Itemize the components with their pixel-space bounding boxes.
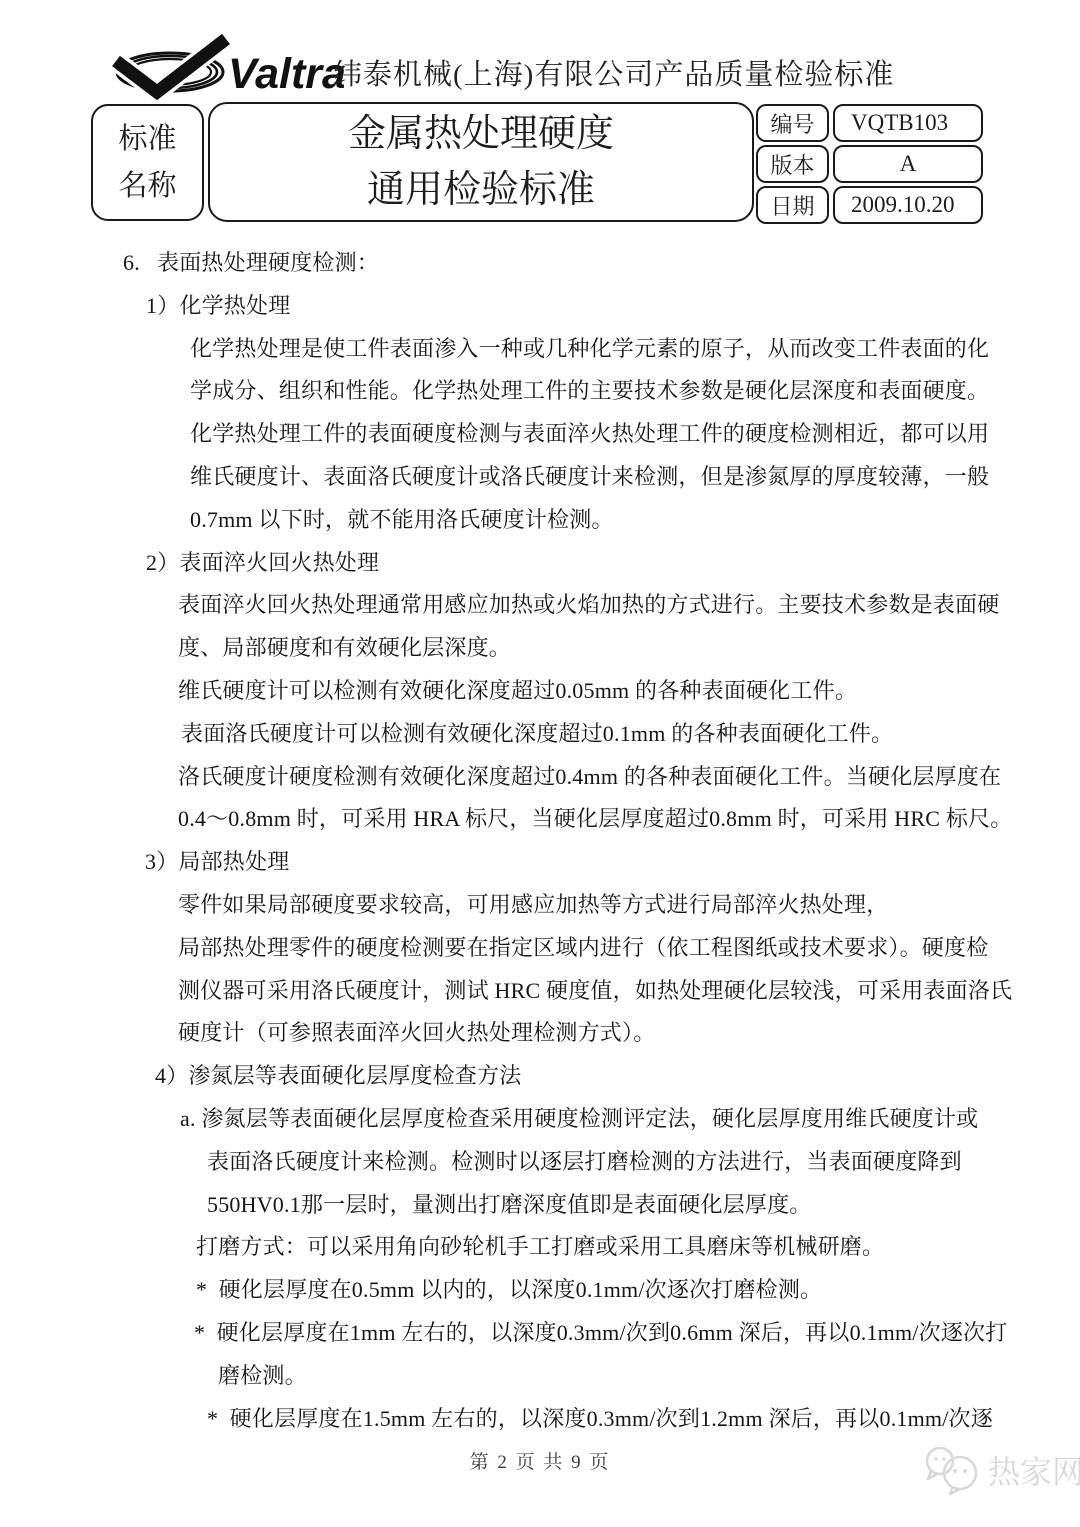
body-line: 打磨方式：可以采用角向砂轮机手工打磨或采用工具磨床等机械研磨。 <box>196 1226 1080 1269</box>
document-page: Valtra 纬泰机械(上海)有限公司产品质量检验标准 标准 名称 金属热处理硬… <box>0 0 1080 1527</box>
chat-bubbles-icon <box>920 1443 984 1497</box>
body-line: 表面洛氏硬度计可以检测有效硬化深度超过0.1mm 的各种表面硬化工件。 <box>181 713 1080 756</box>
body-line: 表面洛氏硬度计来检测。检测时以逐层打磨检测的方法进行，当表面硬度降到 <box>207 1141 1080 1184</box>
standard-name-line1: 标准 <box>118 116 176 163</box>
company-header: 纬泰机械(上海)有限公司产品质量检验标准 <box>333 52 894 93</box>
body-line: 局部热处理零件的硬度检测要在指定区域内进行（依工程图纸或技术要求）。硬度检 <box>178 927 1080 970</box>
valtra-swoosh-icon <box>116 39 226 92</box>
subsection-heading: 4）渗氮层等表面硬化层厚度检查方法 <box>155 1055 1080 1098</box>
version-label: 版本 <box>756 145 829 183</box>
body-line: 表面淬火回火热处理通常用感应加热或火焰加热的方式进行。主要技术参数是表面硬 <box>178 584 1080 627</box>
subsection-heading: 1）化学热处理 <box>146 285 1080 328</box>
body-line: a. 渗氮层等表面硬化层厚度检查采用硬度检测评定法，硬化层厚度用维氏硬度计或 <box>180 1098 1080 1141</box>
bullet-line: * 硬化层厚度在1.5mm 左右的，以深度0.3mm/次到1.2mm 深后，再以… <box>207 1398 1080 1441</box>
subsection-heading: 3）局部热处理 <box>145 841 1080 884</box>
body-line: 化学热处理是使工件表面渗入一种或几种化学元素的原子，从而改变工件表面的化 <box>190 328 1080 371</box>
body-line: 维氏硬度计、表面洛氏硬度计或洛氏硬度计来检测，但是渗氮厚的厚度较薄，一般 <box>190 456 1080 499</box>
body-line: 化学热处理工件的表面硬度检测与表面淬火热处理工件的硬度检测相近，都可以用 <box>190 413 1080 456</box>
body-line: 度、局部硬度和有效硬化层深度。 <box>178 627 1080 670</box>
date-value: 2009.10.20 <box>833 186 983 224</box>
body-line: 学成分、组织和性能。化学热处理工件的主要技术参数是硬化层深度和表面硬度。 <box>190 370 1080 413</box>
doc-number-label: 编号 <box>756 104 829 142</box>
document-title-line2: 通用检验标准 <box>367 162 595 218</box>
valtra-logo: Valtra <box>104 34 344 100</box>
body-line: 洛氏硬度计硬度检测有效硬化深度超过0.4mm 的各种表面硬化工件。当硬化层厚度在 <box>178 756 1080 799</box>
body-line: 维氏硬度计可以检测有效硬化深度超过0.05mm 的各种表面硬化工件。 <box>178 670 1080 713</box>
standard-name-cell: 标准 名称 <box>91 104 204 221</box>
bullet-line: * 硬化层厚度在1mm 左右的，以深度0.3mm/次到0.6mm 深后，再以0.… <box>194 1312 1080 1355</box>
valtra-logo-text: Valtra <box>228 50 344 98</box>
doc-number-value: VQTB103 <box>833 104 983 142</box>
date-label: 日期 <box>756 186 829 224</box>
page-footer: 第 2 页 共 9 页 <box>0 1447 1080 1474</box>
body-line: 硬度计（可参照表面淬火回火热处理检测方式）。 <box>178 1012 1080 1055</box>
version-value: A <box>833 145 983 183</box>
watermark-text: 热家网 <box>988 1447 1080 1493</box>
document-title-cell: 金属热处理硬度 通用检验标准 <box>208 102 754 222</box>
body-line: 测仪器可采用洛氏硬度计，测试 HRC 硬度值，如热处理硬化层较浅，可采用表面洛氏 <box>178 970 1080 1013</box>
body-line: 550HV0.1那一层时，量测出打磨深度值即是表面硬化层厚度。 <box>207 1184 1080 1227</box>
body-line: 0.4～0.8mm 时，可采用 HRA 标尺，当硬化层厚度超过0.8mm 时，可… <box>178 798 1080 841</box>
body-line: 磨检测。 <box>218 1355 1080 1398</box>
standard-name-line2: 名称 <box>118 163 176 210</box>
body-line: 零件如果局部硬度要求较高，可用感应加热等方式进行局部淬火热处理， <box>178 884 1080 927</box>
body-line: 0.7mm 以下时，就不能用洛氏硬度计检测。 <box>190 499 1080 542</box>
section-heading: 6. 表面热处理硬度检测： <box>123 242 1080 285</box>
subsection-heading: 2）表面淬火回火热处理 <box>146 542 1080 585</box>
bullet-line: * 硬化层厚度在0.5mm 以内的，以深度0.1mm/次逐次打磨检测。 <box>196 1269 1080 1312</box>
document-body: 6. 表面热处理硬度检测： 1）化学热处理 化学热处理是使工件表面渗入一种或几种… <box>0 242 1080 1440</box>
watermark: 热家网 <box>920 1443 1080 1497</box>
document-title-line1: 金属热处理硬度 <box>348 106 614 162</box>
